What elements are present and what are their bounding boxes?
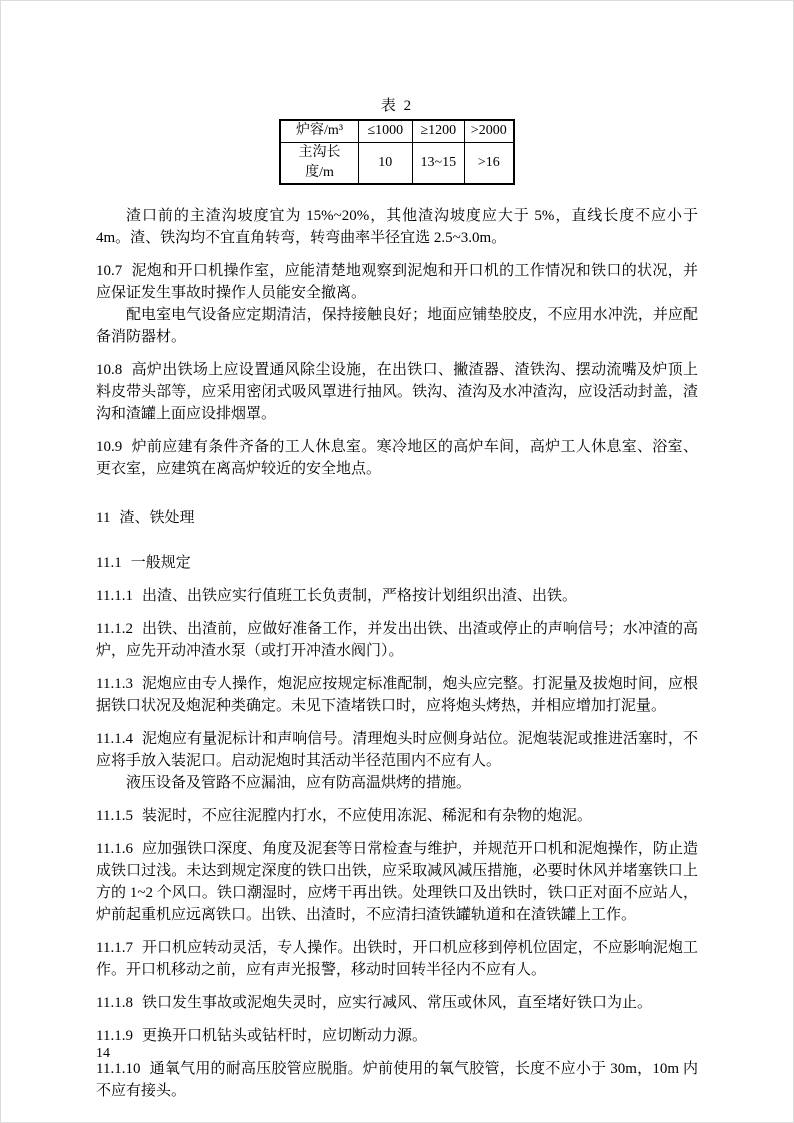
table-row: 炉容/m³ ≤1000 ≥1200 >2000 (280, 120, 513, 142)
section-title: 渣、铁处理 (119, 510, 194, 526)
clause-number: 11.1.3 (96, 676, 133, 692)
clause-11-1-4: 11.1.4泥炮应有量泥标计和声响信号。清理炮头时应侧身站位。泥炮装泥或推进活塞… (96, 728, 698, 772)
page-content: 表 2 炉容/m³ ≤1000 ≥1200 >2000 主沟长度/m 10 13… (96, 95, 698, 1102)
clause-11-1-7: 11.1.7开口机应转动灵活，专人操作。出铁时，开口机应移到停机位固定，不应影响… (96, 937, 698, 981)
clause-text: 泥炮应由专人操作，炮泥应按规定标准配制，炮头应完整。打泥量及拔炮时间，应根据铁口… (96, 676, 698, 714)
table-cell: >16 (464, 142, 513, 184)
clause-11-1-2: 11.1.2出铁、出渣前，应做好准备工作，并发出出铁、出渣或停止的声响信号；水冲… (96, 618, 698, 662)
clause-10-9: 10.9炉前应建有条件齐备的工人休息室。寒冷地区的高炉车间，高炉工人休息室、浴室… (96, 436, 698, 480)
clause-10-7: 10.7泥炮和开口机操作室，应能清楚地观察到泥炮和开口机的工作情况和铁口的状况，… (96, 260, 698, 304)
clause-text: 更换开口机钻头或钻杆时，应切断动力源。 (142, 1028, 427, 1044)
clause-number: 11.1.4 (96, 731, 133, 747)
clause-number: 11.1.8 (96, 995, 133, 1011)
clause-11-1-8: 11.1.8铁口发生事故或泥炮失灵时，应实行减风、常压或休风，直至堵好铁口为止。 (96, 992, 698, 1014)
table-cell: 13~15 (412, 142, 464, 184)
clause-number: 11.1.6 (96, 841, 133, 857)
table-row: 主沟长度/m 10 13~15 >16 (280, 142, 513, 184)
clause-11-1-4-continuation: 液压设备及管路不应漏油，应有防高温烘烤的措施。 (96, 772, 698, 794)
page-number: 14 (96, 1045, 110, 1063)
table-cell: 炉容/m³ (280, 120, 358, 142)
clause-text: 装泥时，不应往泥膛内打水，不应使用冻泥、稀泥和有杂物的炮泥。 (142, 808, 592, 824)
clause-number: 10.9 (96, 439, 122, 455)
table-cell: 10 (358, 142, 412, 184)
clause-text: 出铁、出渣前，应做好准备工作，并发出出铁、出渣或停止的声响信号；水冲渣的高炉，应… (96, 621, 698, 659)
clause-number: 11.1.9 (96, 1028, 133, 1044)
paragraph-slope-rules: 渣口前的主渣沟坡度宜为 15%~20%，其他渣沟坡度应大于 5%，直线长度不应小… (96, 205, 698, 249)
clause-text: 铁口发生事故或泥炮失灵时，应实行减风、常压或休风，直至堵好铁口为止。 (142, 995, 652, 1011)
clause-text: 炉前应建有条件齐备的工人休息室。寒冷地区的高炉车间，高炉工人休息室、浴室、更衣室… (96, 439, 698, 477)
clause-11-1-9: 11.1.9更换开口机钻头或钻杆时，应切断动力源。 (96, 1025, 698, 1047)
subsection-number: 11.1 (96, 555, 122, 571)
table-cell: >2000 (464, 120, 513, 142)
clause-text: 泥炮和开口机操作室，应能清楚地观察到泥炮和开口机的工作情况和铁口的状况，并应保证… (96, 263, 698, 301)
spec-table: 炉容/m³ ≤1000 ≥1200 >2000 主沟长度/m 10 13~15 … (279, 119, 514, 185)
clause-number: 10.8 (96, 362, 122, 378)
clause-text: 泥炮应有量泥标计和声响信号。清理炮头时应侧身站位。泥炮装泥或推进活塞时，不应将手… (96, 731, 698, 769)
document-page: 表 2 炉容/m³ ≤1000 ≥1200 >2000 主沟长度/m 10 13… (0, 0, 794, 1123)
table-cell: ≤1000 (358, 120, 412, 142)
section-heading-11: 11渣、铁处理 (96, 507, 698, 529)
subsection-title: 一般规定 (131, 555, 191, 571)
clause-number: 11.1.7 (96, 940, 133, 956)
clause-number: 10.7 (96, 263, 122, 279)
clause-number: 11.1.2 (96, 621, 133, 637)
table-cell: ≥1200 (412, 120, 464, 142)
clause-number: 11.1.1 (96, 588, 133, 604)
clause-number: 11.1.5 (96, 808, 133, 824)
clause-11-1-10: 11.1.10通氧气用的耐高压胶管应脱脂。炉前使用的氧气胶管，长度不应小于 30… (96, 1058, 698, 1102)
clause-11-1-6: 11.1.6应加强铁口深度、角度及泥套等日常检查与维护，并规范开口机和泥炮操作，… (96, 838, 698, 926)
table-caption: 表 2 (96, 95, 698, 117)
subsection-heading-11-1: 11.1一般规定 (96, 552, 698, 574)
clause-10-7-continuation: 配电室电气设备应定期清洁，保持接触良好；地面应铺垫胶皮，不应用水冲洗，并应配备消… (96, 304, 698, 348)
clause-11-1-1: 11.1.1出渣、出铁应实行值班工长负责制，严格按计划组织出渣、出铁。 (96, 585, 698, 607)
clause-11-1-5: 11.1.5装泥时，不应往泥膛内打水，不应使用冻泥、稀泥和有杂物的炮泥。 (96, 805, 698, 827)
clause-text: 应加强铁口深度、角度及泥套等日常检查与维护，并规范开口机和泥炮操作，防止造成铁口… (96, 841, 698, 923)
clause-text: 开口机应转动灵活，专人操作。出铁时，开口机应移到停机位固定，不应影响泥炮工作。开… (96, 940, 698, 978)
section-number: 11 (96, 510, 110, 526)
clause-text: 通氧气用的耐高压胶管应脱脂。炉前使用的氧气胶管，长度不应小于 30m，10m 内… (96, 1061, 698, 1099)
clause-11-1-3: 11.1.3泥炮应由专人操作，炮泥应按规定标准配制，炮头应完整。打泥量及拔炮时间… (96, 673, 698, 717)
clause-text: 高炉出铁场上应设置通风除尘设施，在出铁口、撇渣器、渣铁沟、摆动流嘴及炉顶上料皮带… (96, 362, 698, 422)
table-cell: 主沟长度/m (280, 142, 358, 184)
clause-10-8: 10.8高炉出铁场上应设置通风除尘设施，在出铁口、撇渣器、渣铁沟、摆动流嘴及炉顶… (96, 359, 698, 425)
clause-text: 出渣、出铁应实行值班工长负责制，严格按计划组织出渣、出铁。 (142, 588, 577, 604)
